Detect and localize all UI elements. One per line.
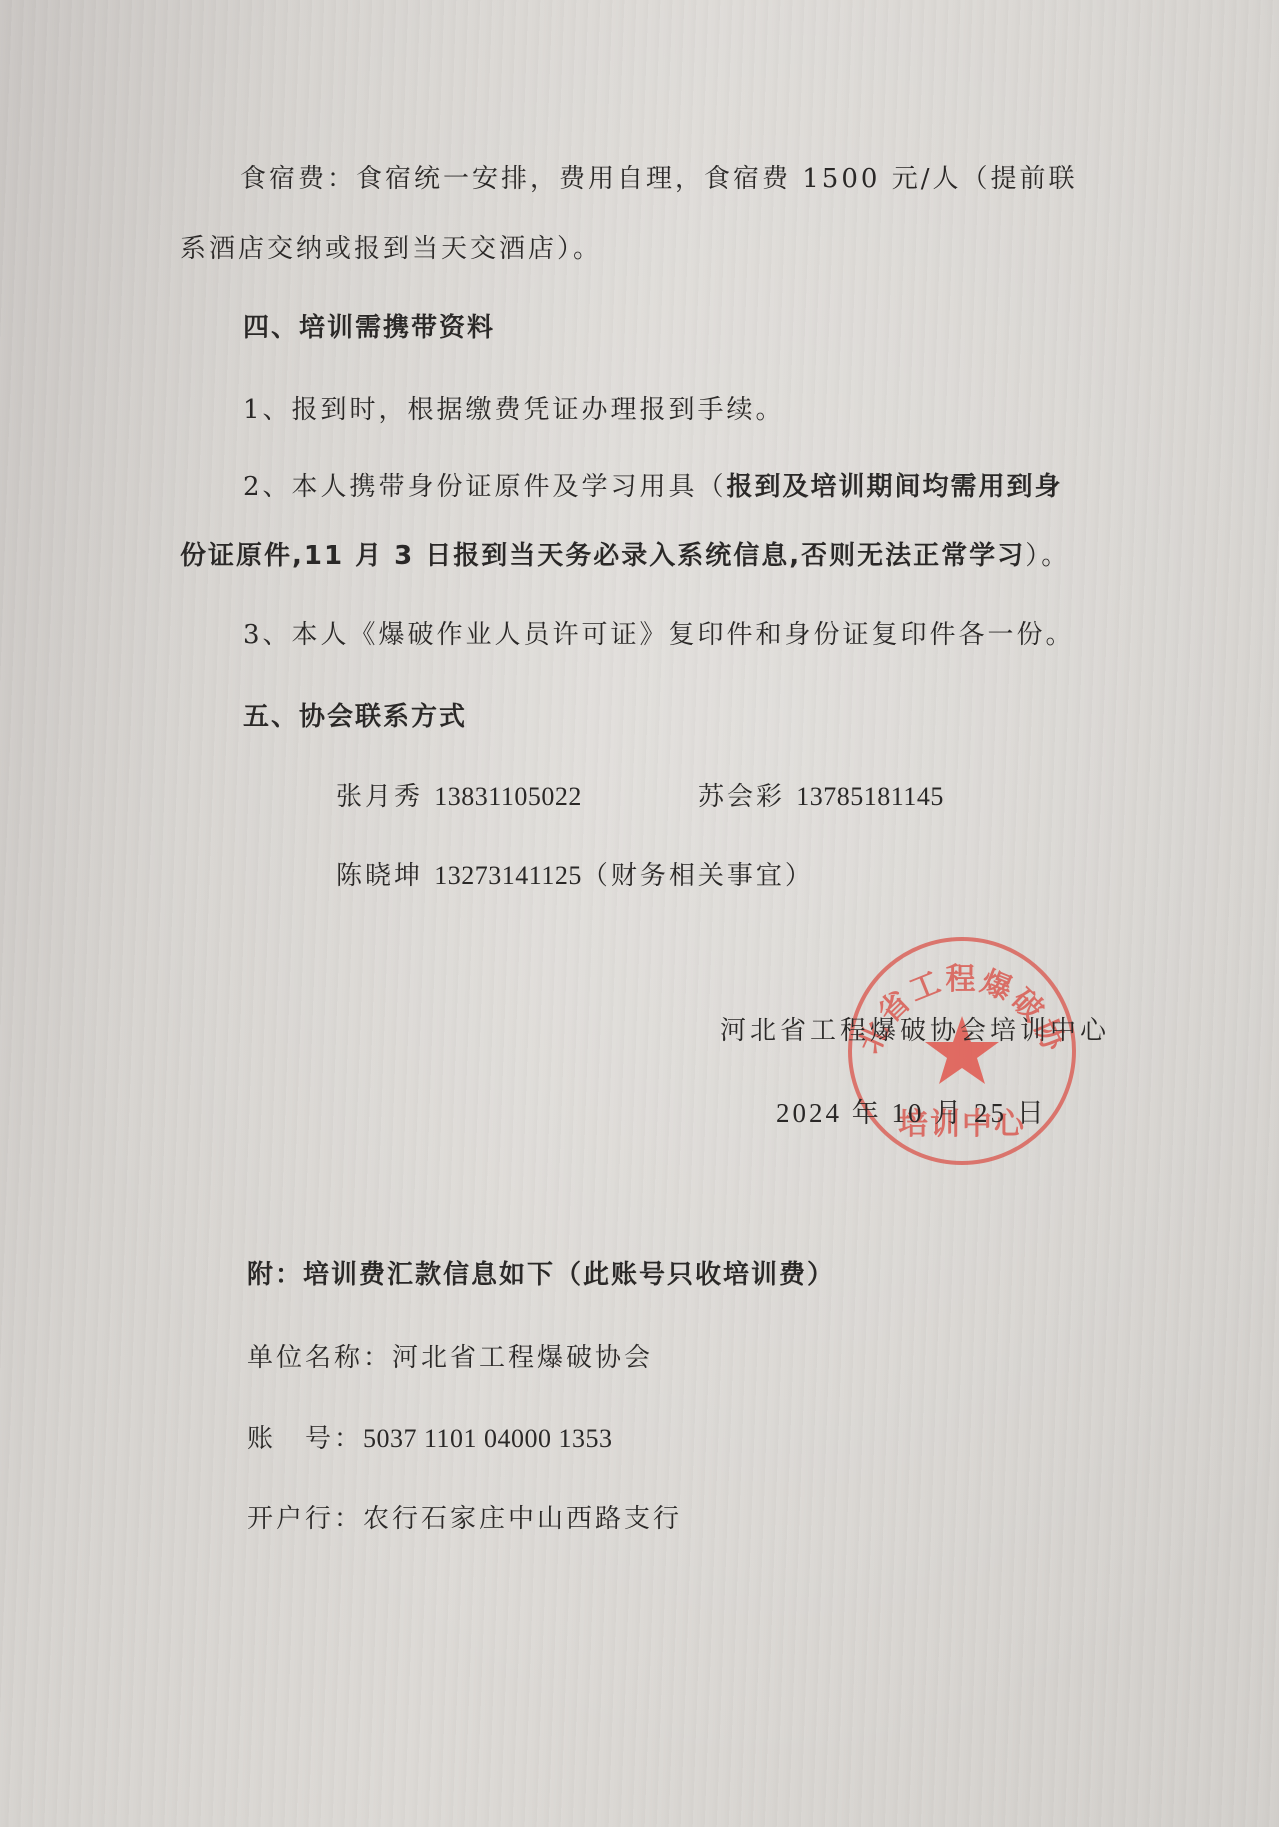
contact-phone: 13273141125 xyxy=(434,861,582,890)
section-4-title: 四、培训需携带资料 xyxy=(243,315,495,341)
signature-date: 2024 年 10 月 25 日 xyxy=(776,1100,1047,1127)
contact-zhang: 张月秀 13831105022 xyxy=(336,784,582,810)
item-2-end-text: ）。 xyxy=(1025,541,1070,571)
official-seal-stamp: 河北省工程爆破协会 培训中心 xyxy=(843,932,1081,1170)
section-5-title: 五、协会联系方式 xyxy=(243,704,467,730)
appendix-bank: 开户行：农行石家庄中山西路支行 xyxy=(247,1506,682,1532)
bank-value: 农行石家庄中山西路支行 xyxy=(363,1504,682,1534)
accommodation-line-2: 系酒店交纳或报到当天交酒店）。 xyxy=(180,236,602,262)
section-4-item-1: 1、报到时，根据缴费凭证办理报到手续。 xyxy=(243,397,785,423)
paper-background xyxy=(0,0,1279,1827)
item-2-bold-text-cont: 份证原件,11 月 3 日报到当天务必录入系统信息,否则无法正常学习 xyxy=(180,541,1025,571)
contact-phone: 13785181145 xyxy=(796,782,944,811)
section-4-item-2-line-1: 2、本人携带身份证原件及学习用具（报到及培训期间均需用到身 xyxy=(243,474,1063,500)
contact-name: 张月秀 xyxy=(336,782,423,812)
contact-su: 苏会彩 13785181145 xyxy=(698,784,944,810)
section-4-item-2-line-2: 份证原件,11 月 3 日报到当天务必录入系统信息,否则无法正常学习）。 xyxy=(180,543,1070,569)
section-4-item-3: 3、本人《爆破作业人员许可证》复印件和身份证复印件各一份。 xyxy=(243,622,1075,648)
item-2-normal-text: 2、本人携带身份证原件及学习用具（ xyxy=(243,472,727,502)
unit-label: 单位名称： xyxy=(247,1343,392,1373)
account-label: 账 号： xyxy=(247,1424,363,1454)
contact-chen: 陈晓坤 13273141125（财务相关事宜） xyxy=(336,863,814,889)
appendix-account: 账 号：5037 1101 04000 1353 xyxy=(247,1426,613,1452)
signature-org: 河北省工程爆破协会培训中心 xyxy=(720,1018,1110,1044)
contact-note: （财务相关事宜） xyxy=(582,861,814,891)
appendix-title: 附：培训费汇款信息如下（此账号只收培训费） xyxy=(247,1262,835,1288)
contact-name: 陈晓坤 xyxy=(336,861,423,891)
unit-value: 河北省工程爆破协会 xyxy=(392,1343,653,1373)
appendix-unit: 单位名称：河北省工程爆破协会 xyxy=(247,1345,653,1371)
bank-label: 开户行： xyxy=(247,1504,363,1534)
contact-phone: 13831105022 xyxy=(434,782,582,811)
contact-name: 苏会彩 xyxy=(698,782,785,812)
item-2-bold-text: 报到及培训期间均需用到身 xyxy=(727,472,1063,502)
accommodation-line-1: 食宿费：食宿统一安排，费用自理，食宿费 1500 元/人（提前联 xyxy=(240,166,1077,192)
account-value: 5037 1101 04000 1353 xyxy=(363,1424,613,1453)
